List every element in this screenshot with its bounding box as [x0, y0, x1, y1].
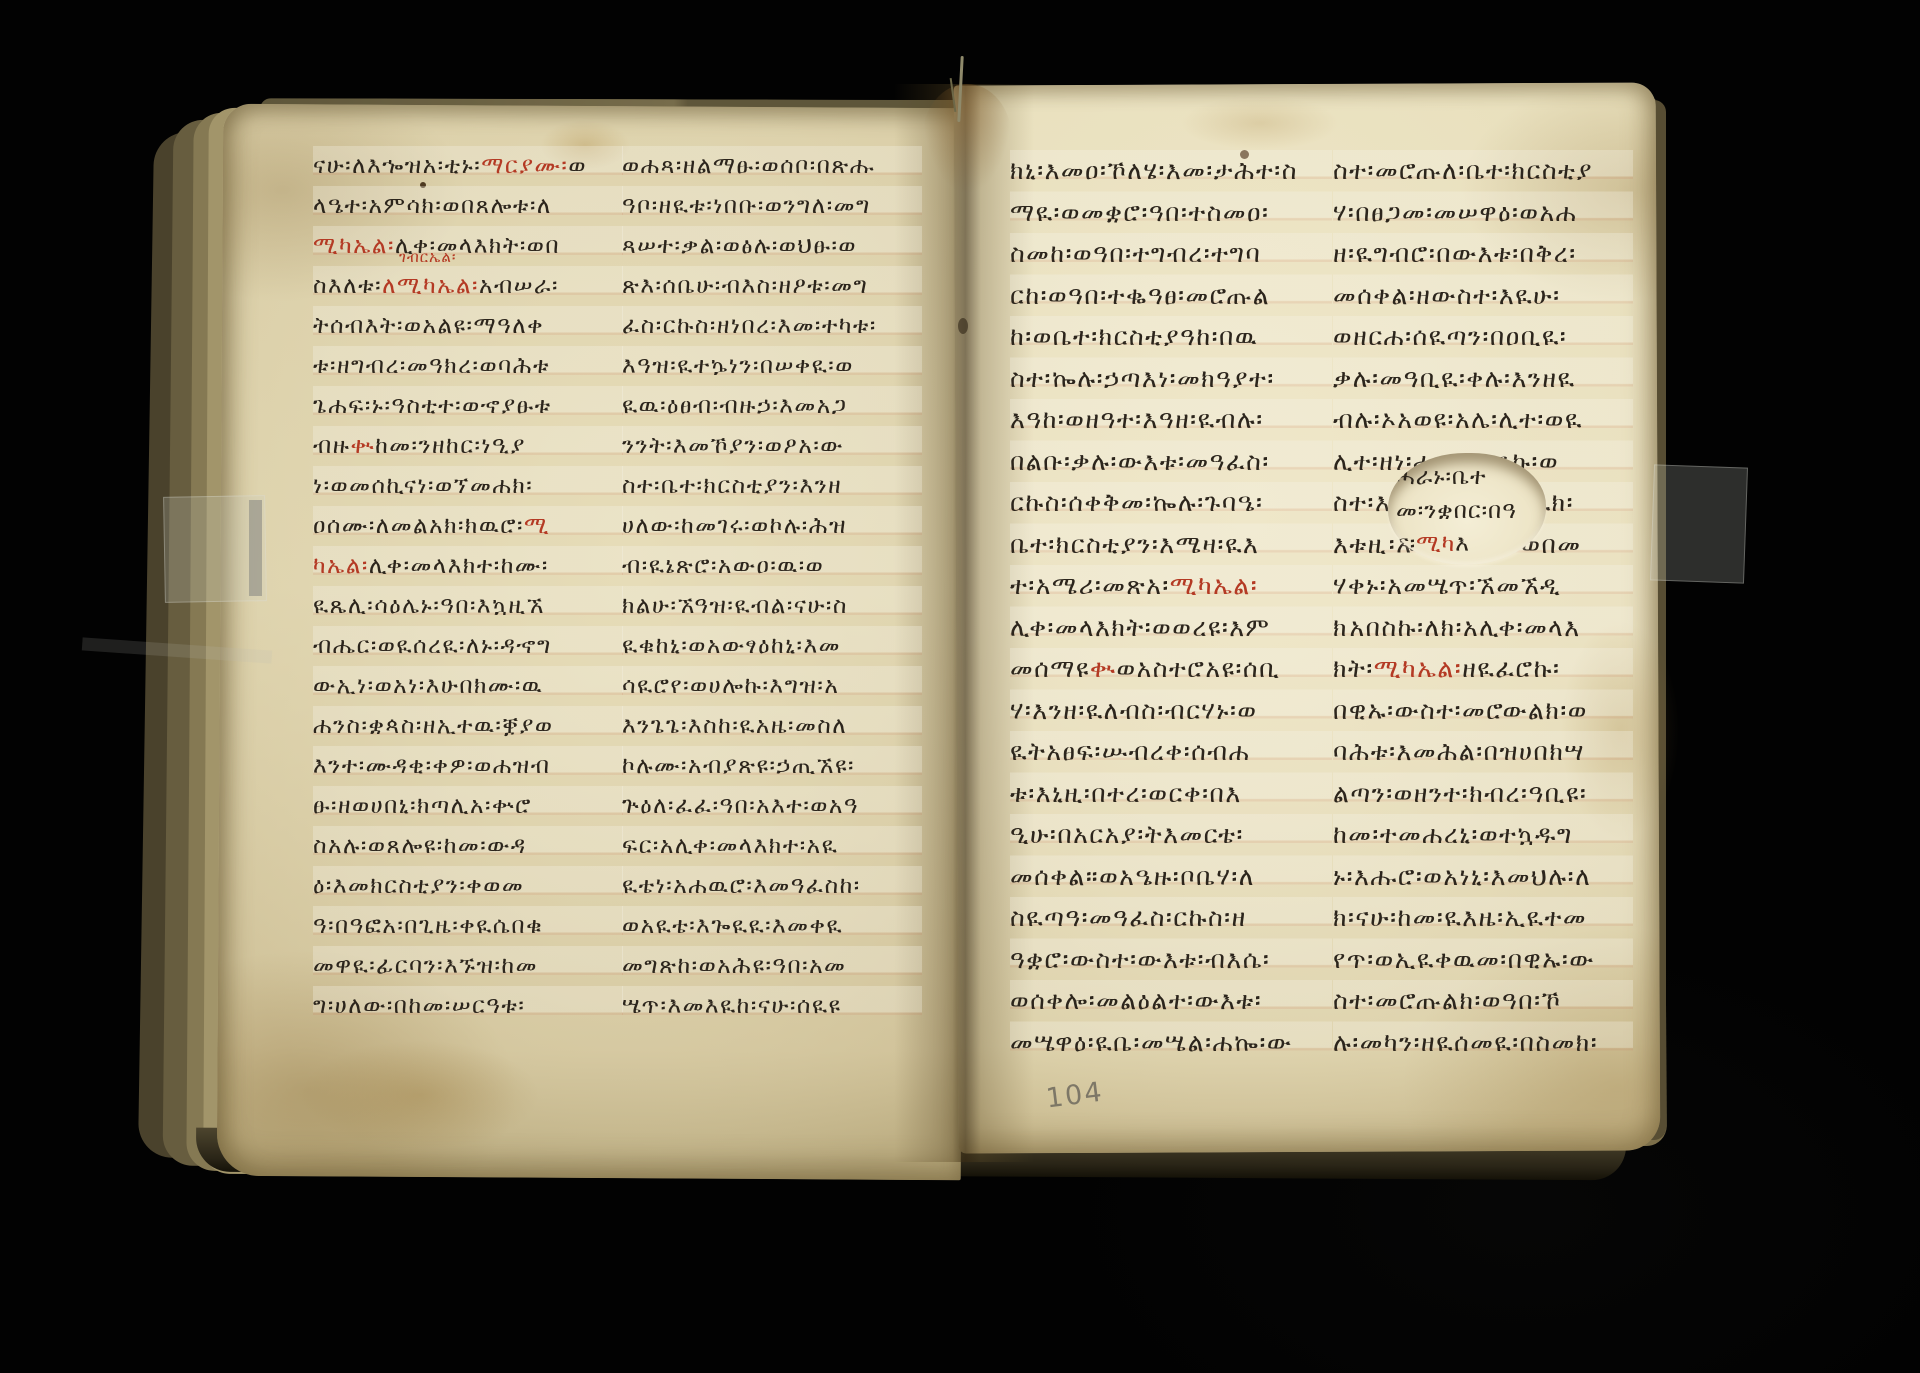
text-line: ዘ፡ዪግብሮ፡በውእቱ፡በቅረ፡	[1333, 233, 1633, 275]
ink-text: መሤዋዕ፡ዪቤ፡መሤል፡ሐኰ፡ው	[1010, 1028, 1292, 1057]
gutter-top-stain	[922, 84, 1012, 194]
ink-text: የጥ፡ወኢዪቀዉመ፡በዊኡ፡ው	[1333, 945, 1595, 974]
text-line: ስተ፡መሮጡልክ፡ወዓበ፡ኾ	[1333, 980, 1633, 1022]
text-line: ስተ፡መሮጡለ፡ቤተ፡ክርስቲያ	[1333, 150, 1633, 192]
text-line: ውኢነ፡ወአነ፡እሁበክሙ፡ዉ	[313, 666, 623, 706]
text-line: እዓከ፡ወዘዓተ፡እዓዘ፡ዪብሉ፡	[1010, 399, 1332, 441]
text-line: ሃ፡በፀጋመ፡መሠዋዕ፡ወአሐ	[1333, 192, 1633, 234]
text-line: ሉ፡መካን፡ዘዪሰመዪ፡በስመክ፡	[1333, 1022, 1633, 1064]
ink-text: መሰቀል።ወአዔዙ፡ቦቤሃ፡ለ	[1010, 862, 1255, 891]
ink-text: አበስኩ፡ለክ፡አሊቀ፡መላእ	[1350, 613, 1581, 642]
text-line: ማዪ፡ወመቋሮ፡ዓበ፡ተስመዐ፡	[1010, 192, 1332, 234]
text-line: ሃቀኑ፡አመሤጥ፡ኧመኧዲ	[1333, 565, 1633, 607]
text-line: ዒሁ፡በአርአያ፡ትእመርቴ፡	[1010, 814, 1332, 856]
text-line: ግ፡ሀለው፡በከመ፡ሠርዓቱ፡	[313, 986, 623, 1026]
ink-text: እዓከ፡ወዘዓተ፡እዓዘ፡ዪብሉ፡	[1010, 405, 1264, 434]
ink-text: ወሰቀሎ፡መልዕልተ፡ውእቱ፡	[1010, 986, 1262, 1015]
ink-text: ጌሐፍ፡ኑ፡ዓስቲተ፡ወኆያፁቱ	[313, 393, 552, 419]
ink-text: ዕ፡እመክርስቲያን፡ቀወመ	[313, 873, 524, 899]
conservation-tab-right	[1650, 464, 1748, 583]
text-line: ሃ፡እንዘ፡ዪለብስ፡ብርሃኑ፡ወ	[1010, 690, 1332, 732]
text-line: ዐሰሙ፡ለመልአክ፡ክዉሮ፡ሚ	[313, 506, 623, 546]
ink-text: ሀለው፡ከመገሩ፡ወኮሉ፡ሕዝ	[622, 513, 847, 539]
ink-text: ኮሉሙ፡አብያጽዩ፡ኃጢኧዩ፡	[622, 753, 855, 779]
ink-text: መግጽከ፡ወአሕዩ፡ዓበ፡አመ	[622, 953, 846, 979]
text-line: ዓ፡በዓፎአ፡በጊዜ፡ቀዪሴበቁ	[313, 906, 623, 946]
rubric-text: ማርያሙ፡	[481, 153, 568, 179]
text-line: ክ፡ናሁ፡ከመ፡ዪእዜ፡ኢዪተመ	[1333, 897, 1633, 939]
ink-text: መሰቀል፡ዘውስተ፡እዪሁ፡	[1333, 281, 1560, 310]
parchment-hole: ሓራኑ፡ቤተመ፡ንቋበር፡በዓር፡ሚካእ	[1388, 453, 1546, 565]
ink-text: ክት፡	[1333, 654, 1374, 683]
text-line: ብሉ፡ኦአወዩ፡አሌ፡ሊተ፡ወዪ	[1333, 399, 1633, 441]
ink-text: ወሐጻ፡ዘልማፁ፡ወሰቦ፡በጽሑ	[622, 153, 875, 179]
ink-text: ክ	[1333, 613, 1348, 642]
text-line: ወሰቀሎ፡መልዕልተ፡ውእቱ፡	[1010, 980, 1332, 1022]
ink-text: ነ፡ወመሰኪናነ፡ወኘመሐክ፡	[313, 473, 533, 499]
rubric-text: ሚ	[524, 513, 550, 539]
manuscript-photo: { "colors": { "background": "#020202", "…	[0, 0, 1920, 1373]
text-line: ር፡ሚካእ	[1396, 531, 1470, 557]
ink-text: ስተ፡ቤተ፡ክርስቲያን፡እንዘ	[622, 473, 842, 499]
ink-text: ትሰብእት፡ወአልዩ፡ማዓለቀ	[313, 313, 544, 339]
text-line: ስዪጣዓ፡መዓፈስ፡ርኩስ፡ዘ	[1010, 897, 1332, 939]
text-line: ሳዪሮየ፡ወሀሎኩ፡እግዝ፡አ	[622, 666, 922, 706]
text-line: ስተ፡ቤተ፡ክርስቲያን፡እንዘ	[622, 466, 922, 506]
text-line: ዪቁከኒ፡ወአውፃዕከኒ፡እመ	[622, 626, 922, 666]
text-line: ብዙቊከመ፡ንዘከር፡ነዒያ	[313, 426, 623, 466]
text-line: ፁ፡ዘወሀበኒ፡ክጣሊአ፡ቍሮ	[313, 786, 623, 826]
ink-text: ዪቁከኒ፡ወአውፃዕከኒ፡እመ	[622, 633, 841, 659]
ink-text: እ	[1455, 531, 1470, 557]
text-line: ዪቴነ፡አሐዉሮ፡እመዓፈስከ፡	[622, 866, 922, 906]
text-line: ክ቞አበስኩ፡ለክ፡አሊቀ፡መላእ	[1333, 607, 1633, 649]
ink-text: አብሠራ፡	[479, 273, 559, 299]
ink-text: ስተ፡መሮጡለ፡ቤተ፡ክርስቲያ	[1333, 156, 1593, 185]
ink-text: ብሔር፡ወዪሰረዪ፡ለኑ፡ዳኆግ	[313, 633, 552, 659]
right-col-2: ስተ፡መሮጡለ፡ቤተ፡ክርስቲያሃ፡በፀጋመ፡መሠዋዕ፡ወአሐዘ፡ዪግብሮ፡በው…	[1333, 150, 1633, 1063]
rubric-text: ሚካ	[1416, 531, 1455, 557]
text-line: ፍር፡አሊቀ፡መላእክተ፡አዪ	[622, 826, 922, 866]
text-line: ዓቦ፡ዘዪቱ፡ነበቡ፡ወንግለ፡መግ	[622, 186, 922, 226]
text-line: ባሕቱ፡እመሕል፡በዝሀበክሣ	[1333, 731, 1633, 773]
ink-text: ወአዪቴ፡እጐዪዪ፡እመቀዪ	[622, 913, 843, 939]
right-col-1: ክኒ፡እመዐ፡ኾለሄ፡እመ፡ታሕተ፡ስማዪ፡ወመቋሮ፡ዓበ፡ተስመዐ፡ስመከ፡ወ…	[1010, 150, 1332, 1063]
ink-text: ቃሉ፡መዓቢዪ፡ቀሉ፡እንዘዪ	[1333, 364, 1575, 393]
ink-text: ቱ፡እኒዚ፡በተረ፡ወርቀ፡በእ	[1010, 779, 1242, 808]
text-line: ክኒ፡እመዐ፡ኾለሄ፡እመ፡ታሕተ፡ስ	[1010, 150, 1332, 192]
text-line: ክት፡ሚካኤል፡ዘዪፈሮኩ፡	[1333, 648, 1633, 690]
ink-text: ወ	[568, 153, 587, 179]
text-line: ጌሐፍ፡ኑ፡ዓስቲተ፡ወኆያፁቱ	[313, 386, 623, 426]
ink-text: ከ፡ወቤተ፡ክርስቲያዓከ፡በዉ	[1010, 322, 1258, 351]
text-line: ዕ፡እመክርስቲያን፡ቀወመ	[313, 866, 623, 906]
text-line: ርኩስ፡ሰቀቅመ፡ኰሉ፡ጉባዔ፡	[1010, 482, 1332, 524]
text-line: ዪትአፀፍ፡ሡብረቀ፡ሰብሐ	[1010, 731, 1332, 773]
ink-text: ዓ፡በዓፎአ፡በጊዜ፡ቀዪሴበቁ	[313, 913, 543, 939]
ink-text: ጕዕለ፡ፈፈ፡ዓበ፡አእተ፡ወአዓ	[622, 793, 859, 819]
rubric-text: ቊ	[350, 433, 375, 459]
conservation-tab-left-strip	[249, 500, 262, 596]
text-line: ርከ፡ወዓበ፡ተቈዓፀ፡መሮጡል	[1010, 275, 1332, 317]
stain-bottom-left	[300, 1040, 540, 1150]
ink-text: እዓዝ፡ዪተኴነን፡በሠቀዪ፡ወ	[622, 353, 854, 379]
ink-text: ር፡	[1396, 531, 1416, 557]
text-line: ዪጼሊ፡ሳዕሌኑ፡ዓበ፡እኳዚኧ	[313, 586, 623, 626]
ink-text: ሃ፡እንዘ፡ዪለብስ፡ብርሃኑ፡ወ	[1010, 696, 1257, 725]
ink-text: ከመ፡ተመሐረኒ፡ወተኳዱግ	[1333, 820, 1573, 849]
rubric-text: ሚካኤል፡	[1374, 654, 1462, 683]
ink-text: ስዪጣዓ፡መዓፈስ፡ርኩስ፡ዘ	[1010, 903, 1247, 932]
text-line: ንንት፡እመኾያን፡ወዖአ፡ው	[622, 426, 922, 466]
text-line: ወአዪቴ፡እጐዪዪ፡እመቀዪ	[622, 906, 922, 946]
ink-text: ፈስ፡ርኩስ፡ዘነበረ፡እመ፡ተካቱ፡	[622, 313, 877, 339]
ink-text: ክልሁ፡ኧዓዝ፡ዪብል፡ናሁ፡ስ	[622, 593, 848, 619]
ink-text: ክኒ፡እመዐ፡ኾለሄ፡እመ፡ታሕተ፡ስ	[1010, 156, 1298, 185]
ink-text: ርከ፡ወዓበ፡ተቈዓፀ፡መሮጡል	[1010, 281, 1270, 310]
ink-text: ሃቀኑ፡አመሤጥ፡ኧመኧዲ	[1333, 571, 1561, 600]
text-line: መ፡ንቋበር፡በዓ	[1396, 498, 1517, 524]
ink-text: ፍር፡አሊቀ፡መላእክተ፡አዪ	[622, 833, 838, 859]
ink-text: ዪትአፀፍ፡ሡብረቀ፡ሰብሐ	[1010, 737, 1250, 766]
text-line: ቱ፡እኒዚ፡በተረ፡ወርቀ፡በእ	[1010, 773, 1332, 815]
text-line: ቤተ፡ክርስቲያን፡እሜዛ፡ዪእ	[1010, 524, 1332, 566]
text-line: ስመከ፡ወዓበ፡ተግብረ፡ተግባ	[1010, 233, 1332, 275]
text-line: ስእለቱ፡ለሚካኤል፡አብሠራ፡	[313, 266, 623, 306]
text-line: ሤጥ፡እመእዪከ፡ናሁ፡ሰዪዩ	[622, 986, 922, 1026]
text-line: መሰማዩቊወአስተሮአዩ፡ሰቢ	[1010, 648, 1332, 690]
ink-text: መዋዪ፡ፊርባን፡እኙዝ፡ከመ	[313, 953, 538, 979]
text-line: ብሔር፡ወዪሰረዪ፡ለኑ፡ዳኆግ	[313, 626, 623, 666]
ink-text: እንጌጌ፡እስከ፡ዪአዜ፡መስለ	[622, 713, 847, 739]
ink-text: ናሁ፡ለእኈዝአ፡ቲኑ፡	[313, 153, 481, 179]
ink-text: ንንት፡እመኾያን፡ወዖአ፡ው	[622, 433, 844, 459]
ink-text: ዪዉ፡ዕፀብ፡ብዙኃ፡እመአጋ	[622, 393, 847, 419]
ink-text: ብ፡ዪኔጽሮ፡አውዐ፡ዉ፡ወ	[622, 553, 824, 579]
text-line: ቱ፡ዘግብረ፡መዓክረ፡ወባሕቱ	[313, 346, 623, 386]
text-line: ቃሉ፡መዓቢዪ፡ቀሉ፡እንዘዪ	[1333, 358, 1633, 400]
ink-text: ስተ፡መሮጡልክ፡ወዓበ፡ኾ	[1333, 986, 1561, 1015]
text-line: ክልሁ፡ኧዓዝ፡ዪብል፡ናሁ፡ስ	[622, 586, 922, 626]
ink-text: ዓቋሮ፡ውስተ፡ውእቱ፡ብእሴ፡	[1010, 945, 1270, 974]
ink-text: ሳዪሮየ፡ወሀሎኩ፡እግዝ፡አ	[622, 673, 839, 699]
ink-text: ርኩስ፡ሰቀቅመ፡ኰሉ፡ጉባዔ፡	[1010, 488, 1263, 517]
ink-text: ላዔተ፡አምሳክ፡ወበጸሎቱ፡ለ	[313, 193, 552, 219]
rubric-text: ሚካኤል፡	[1170, 571, 1258, 600]
text-line: የጥ፡ወኢዪቀዉመ፡በዊኡ፡ው	[1333, 939, 1633, 981]
ink-text: ባሕቱ፡እመሕል፡በዝሀበክሣ	[1333, 737, 1585, 766]
ink-text: ብዙ	[313, 433, 350, 459]
ink-text: ዒሁ፡በአርአያ፡ትእመርቴ፡	[1010, 820, 1244, 849]
ink-text: ከመ፡ንዘከር፡ነዒያ	[375, 433, 526, 459]
ink-text: ሐንስ፡ቋጳስ፡ዘኢተዉ፡ቛያወ	[313, 713, 554, 739]
ink-text: ሓራኑ፡ቤተ	[1396, 464, 1487, 490]
ink-text: ስአሉ፡ወጸሎዩ፡ከመ፡ውዳ	[313, 833, 527, 859]
text-line: ዓቋሮ፡ውስተ፡ውእቱ፡ብእሴ፡	[1010, 939, 1332, 981]
ink-text: መ፡ንቋበር፡በዓ	[1396, 498, 1517, 524]
ink-text: እንተ፡ሙዳቂ፡ቀዎ፡ወሐዝብ	[313, 753, 550, 779]
ink-text: ወአስተሮአዩ፡ሰቢ	[1117, 654, 1281, 683]
text-line: መግጽከ፡ወአሕዩ፡ዓበ፡አመ	[622, 946, 922, 986]
text-line: ስተ፡ኰሉ፡ኃጣእነ፡መክዓያተ፡	[1010, 358, 1332, 400]
ink-text: ስእለቱ፡	[313, 273, 382, 299]
ink-text: ሊቀ፡መላእክት፡ወወረዩ፡እም	[1010, 613, 1270, 642]
text-line: ካኤል፡ሊቀ፡መላእክተ፡ከሙ፡	[313, 546, 623, 586]
ink-text: ሃ፡በፀጋመ፡መሠዋዕ፡ወአሐ	[1333, 198, 1577, 227]
text-line: ዪዉ፡ዕፀብ፡ብዙኃ፡እመአጋ	[622, 386, 922, 426]
text-line: ሀለው፡ከመገሩ፡ወኮሉ፡ሕዝ	[622, 506, 922, 546]
ink-text: ሉ፡መካን፡ዘዪሰመዪ፡በስመክ፡	[1333, 1028, 1598, 1057]
text-line: ናሁ፡ለእኈዝአ፡ቲኑ፡ማርያሙ፡ወ	[313, 146, 623, 186]
text-line: እንጌጌ፡እስከ፡ዪአዜ፡መስለ	[622, 706, 922, 746]
ink-text: ተ፡አሜሪ፡መጽአ፡	[1010, 571, 1170, 600]
rubric-text: ካኤል፡	[313, 553, 369, 579]
text-line: ጽእ፡ሰቤሁ፡ብእስ፡ዘዖቱ፡መግ	[622, 266, 922, 306]
ink-text: ውኢነ፡ወአነ፡እሁበክሙ፡ዉ	[313, 673, 543, 699]
ink-text: በልቡ፡ቃሉ፡ውእቱ፡መዓፈስ፡	[1010, 447, 1270, 476]
ink-text: ዪቴነ፡አሐዉሮ፡እመዓፈስከ፡	[622, 873, 861, 899]
text-line: ጕዕለ፡ፈፈ፡ዓበ፡አእተ፡ወአዓ	[622, 786, 922, 826]
ink-text: በዊኡ፡ውስተ፡መሮውልክ፡ወ	[1333, 696, 1588, 725]
text-line: ከ፡ወቤተ፡ክርስቲያዓከ፡በዉ	[1010, 316, 1332, 358]
text-line: ፈስ፡ርኩስ፡ዘነበረ፡እመ፡ተካቱ፡	[622, 306, 922, 346]
text-line: መሤዋዕ፡ዪቤ፡መሤል፡ሐኰ፡ው	[1010, 1022, 1332, 1064]
text-line: በልቡ፡ቃሉ፡ውእቱ፡መዓፈስ፡	[1010, 441, 1332, 483]
text-line: ተ፡አሜሪ፡መጽአ፡ሚካኤል፡	[1010, 565, 1332, 607]
text-line: እዓዝ፡ዪተኴነን፡በሠቀዪ፡ወ	[622, 346, 922, 386]
text-line: ላዔተ፡አምሳክ፡ወበጸሎቱ፡ለ	[313, 186, 623, 226]
ink-text: ስተ፡ኰሉ፡ኃጣእነ፡መክዓያተ፡	[1010, 364, 1275, 393]
ink-text: ብሉ፡ኦአወዩ፡አሌ፡ሊተ፡ወዪ	[1333, 405, 1583, 434]
ink-text: ልጣን፡ወዘንተ፡ክብረ፡ዓቢዩ፡	[1333, 779, 1587, 808]
text-line: ኮሉሙ፡አብያጽዩ፡ኃጢኧዩ፡	[622, 746, 922, 786]
text-line: ወሐጻ፡ዘልማፁ፡ወሰቦ፡በጽሑ	[622, 146, 922, 186]
ink-text: ግ፡ሀለው፡በከመ፡ሠርዓቱ፡	[313, 993, 525, 1019]
ink-text: ቤተ፡ክርስቲያን፡እሜዛ፡ዪእ	[1010, 530, 1259, 559]
text-line: መሰቀል፡ዘውስተ፡እዪሁ፡	[1333, 275, 1633, 317]
text-line: ልጣን፡ወዘንተ፡ክብረ፡ዓቢዩ፡	[1333, 773, 1633, 815]
text-line: ኑ፡እሑሮ፡ወአነኒ፡እመህሉ፡ለ	[1333, 856, 1633, 898]
ink-text: ስመከ፡ወዓበ፡ተግብረ፡ተግባ	[1010, 239, 1261, 268]
rubric-text: ሚካኤል፡	[313, 233, 395, 259]
left-col-1: ናሁ፡ለእኈዝአ፡ቲኑ፡ማርያሙ፡ወላዔተ፡አምሳክ፡ወበጸሎቱ፡ለሚካኤል፡ሊ…	[313, 146, 623, 1026]
text-line: ጻሠተ፡ቃል፡ወፅሉ፡ወህፁ፡ወ	[622, 226, 922, 266]
text-line: ትሰብእት፡ወአልዩ፡ማዓለቀ	[313, 306, 623, 346]
text-line: በዊኡ፡ውስተ፡መሮውልክ፡ወ	[1333, 690, 1633, 732]
text-line: ስአሉ፡ወጸሎዩ፡ከመ፡ውዳ	[313, 826, 623, 866]
ink-text: ማዪ፡ወመቋሮ፡ዓበ፡ተስመዐ፡	[1010, 198, 1269, 227]
ink-text: ቱ፡ዘግብረ፡መዓክረ፡ወባሕቱ	[313, 353, 550, 379]
ink-text: ወዘርሐ፡ሰዪጣን፡በዐቢዪ፡	[1333, 322, 1567, 351]
text-line: ሊቀ፡መላእክት፡ወወረዩ፡እም	[1010, 607, 1332, 649]
text-line: ወዘርሐ፡ሰዪጣን፡በዐቢዪ፡	[1333, 316, 1633, 358]
ink-text: ዘዪፈሮኩ፡	[1462, 654, 1560, 683]
ink-text: መሰማዩ	[1010, 654, 1090, 683]
text-line: መሰቀል።ወአዔዙ፡ቦቤሃ፡ለ	[1010, 856, 1332, 898]
ink-text: ዐሰሙ፡ለመልአክ፡ክዉሮ፡	[313, 513, 524, 539]
ink-text: ኑ፡እሑሮ፡ወአነኒ፡እመህሉ፡ለ	[1333, 862, 1591, 891]
text-line: ነ፡ወመሰኪናነ፡ወኘመሐክ፡	[313, 466, 623, 506]
text-line: ብ፡ዪኔጽሮ፡አውዐ፡ዉ፡ወ	[622, 546, 922, 586]
left-col-2: ወሐጻ፡ዘልማፁ፡ወሰቦ፡በጽሑዓቦ፡ዘዪቱ፡ነበቡ፡ወንግለ፡መግጻሠተ፡ቃል…	[622, 146, 922, 1026]
ink-text: ጻሠተ፡ቃል፡ወፅሉ፡ወህፁ፡ወ	[622, 233, 857, 259]
ink-text: ሊቀ፡መላእክተ፡ከሙ፡	[369, 553, 549, 579]
rubric-text: ቊ	[1090, 654, 1117, 683]
ink-text: ዘ፡ዪግብሮ፡በውእቱ፡በቅረ፡	[1333, 239, 1577, 268]
text-line: መዋዪ፡ፊርባን፡እኙዝ፡ከመ	[313, 946, 623, 986]
text-line: ከመ፡ተመሐረኒ፡ወተኳዱግ	[1333, 814, 1633, 856]
ink-text: ጽእ፡ሰቤሁ፡ብእስ፡ዘዖቱ፡መግ	[622, 273, 868, 299]
ink-text: ዓቦ፡ዘዪቱ፡ነበቡ፡ወንግለ፡መግ	[622, 193, 871, 219]
ink-text: ሤጥ፡እመእዪከ፡ናሁ፡ሰዪዩ	[622, 993, 842, 1019]
rubric-text: ለሚካኤል፡	[382, 273, 479, 299]
rubric-text: ገብርኤል፡	[399, 248, 456, 266]
ink-text: ዪጼሊ፡ሳዕሌኑ፡ዓበ፡እኳዚኧ	[313, 593, 545, 619]
text-line: እንተ፡ሙዳቂ፡ቀዎ፡ወሐዝብ	[313, 746, 623, 786]
ink-text: ክ፡ናሁ፡ከመ፡ዪእዜ፡ኢዪተመ	[1333, 903, 1587, 932]
stain-top-right	[1180, 96, 1340, 150]
text-line: ሚካኤል፡ሊቀ፡መላእክት፡ወበ	[313, 226, 623, 266]
sewing-station-mark	[958, 318, 968, 334]
ink-text: ፁ፡ዘወሀበኒ፡ክጣሊአ፡ቍሮ	[313, 793, 532, 819]
text-line: ሓራኑ፡ቤተ	[1396, 464, 1487, 490]
text-line: ሐንስ፡ቋጳስ፡ዘኢተዉ፡ቛያወ	[313, 706, 623, 746]
